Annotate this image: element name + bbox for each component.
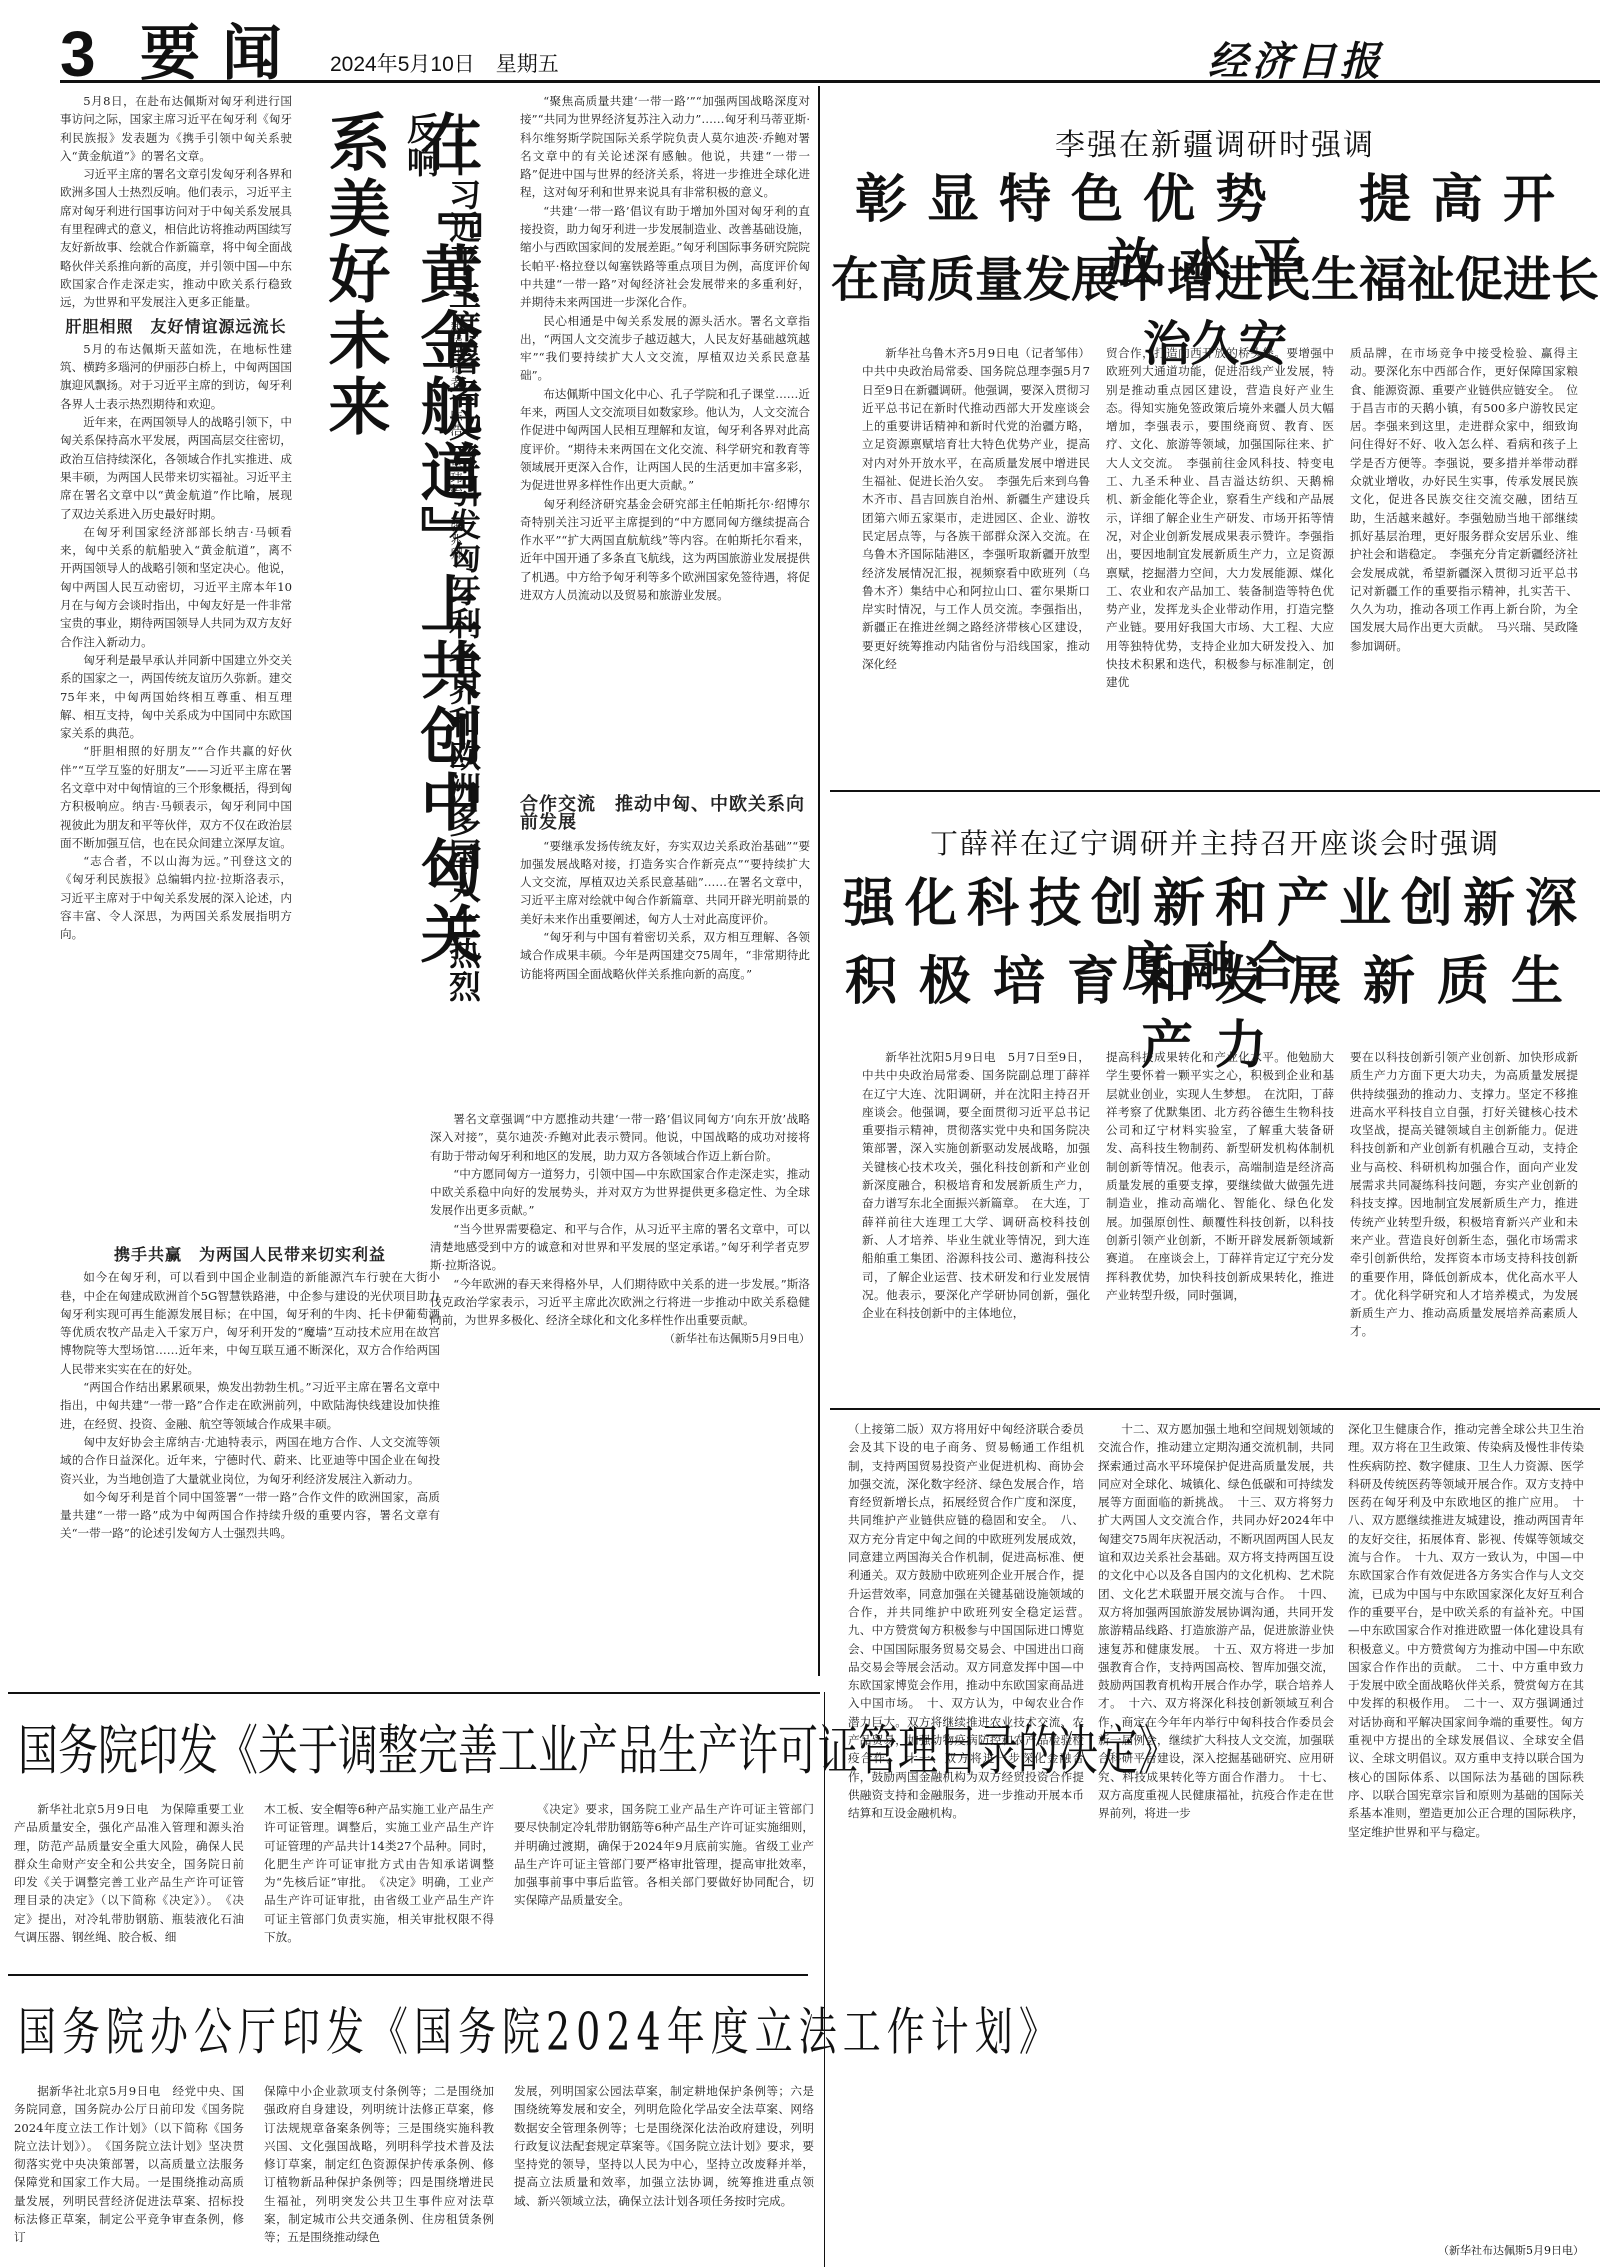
dateline-credit: （新华社布达佩斯5月9日电） [1348,2242,1584,2258]
page-number: 3 [60,22,96,86]
story-column: 新华社北京5月9日电 为保障重要工业产品质量安全，强化产品准入管理和源头治理，防… [14,1800,244,1960]
story-paragraph: 新华社乌鲁木齐5月9日电（记者邹伟）中共中央政治局常委、国务院总理李强5月7日至… [862,344,1090,673]
story-divider [830,790,1600,792]
story-paragraph: 深化卫生健康合作，推动完善全球公共卫生治理。双方将在卫生政策、传染病及慢性非传染… [1348,1420,1584,1841]
story-divider [8,1692,820,1694]
story-headline: 国务院印发《关于调整完善工业产品生产许可证管理目录的决定》 [18,1708,818,1785]
story-kicker: 丁薛祥在辽宁调研并主持召开座谈会时强调 [830,822,1600,862]
story-paragraph: 发展，列明国家公园法草案，制定耕地保护条例等；六是围绕统筹发展和安全，列明危险化… [514,2082,814,2210]
lead-body-paragraph: “共建‘一带一路’倡议有助于增加外国对匈牙利的直接投资，助力匈牙利进一步发展制造… [520,202,810,312]
story-paragraph: 《决定》要求，国务院工业产品生产许可证主管部门要尽快制定冷轧带肋钢筋等6种产品生… [514,1800,814,1910]
lead-body-paragraph: “志合者，不以山海为远。”刊登这文的《匈牙利民族报》总编辑内拉·拉斯洛表示，习近… [60,852,292,943]
dateline-credit: （新华社布达佩斯5月9日电） [430,1330,810,1348]
story-headline: 国务院办公厅印发《国务院2024年度立法工作计划》 [18,1990,818,2064]
lead-story-column-3b: 合作交流 推动中匈、中欧关系向前发展 “要继承发扬传统友好，夯实双边关系政治基础… [520,790,810,1110]
section-subheading: 肝胆相照 友好情谊源远流长 [60,318,292,336]
section-subheading: 携手共赢 为两国人民带来切实利益 [60,1246,440,1264]
lead-body-paragraph: 匈中友好协会主席纳吉·尤迪特表示，两国在地方合作、人文交流等领域的合作日益深化。… [60,1433,440,1488]
newspaper-logo: 经济日报 [1208,30,1384,87]
byline-label: 新华社记者 [449,320,463,390]
lead-body-paragraph: “聚焦高质量共建‘一带一路’”“加强两国战略深度对接”“共同为世界经济复苏注入动… [520,92,810,202]
byline-name: 张兆卿 [449,519,463,561]
lead-body-paragraph: 署名文章强调“中方愿推动共建‘一带一路’倡议同匈方‘向东开放’战略深入对接”，莫… [430,1110,810,1165]
lead-body-paragraph: 5月的布达佩斯天蓝如洗，在地标性建筑、横跨多瑙河的伊丽莎白桥上，中匈两国国旗迎风… [60,340,292,413]
lead-body-paragraph: “匈牙利与中国有着密切关系，双方相互理解、各领域合作成果丰硕。今年是两国建交75… [520,928,810,983]
lead-body-paragraph: 匈牙利经济研究基金会研究部主任帕斯托尔·绍博尔奇特别关注习近平主席提到的“中方愿… [520,495,810,605]
story-paragraph: 贸合作，打造向西开放的桥头堡。要增强中欧班列大通道功能，促进沿线产业发展，特别是… [1106,344,1334,692]
lead-body-paragraph: 如今匈牙利是首个同中国签署“一带一路”合作文件的欧洲国家，高质量共建“一带一路”… [60,1488,440,1543]
lead-byline: 新华社记者 陈浩 单玮怡 张兆卿 [448,320,465,720]
story-divider [830,1408,1600,1410]
lead-body-paragraph: 近年来，在两国领导人的战略引领下，中匈关系保持高水平发展，两国高层交往密切，政治… [60,413,292,523]
lead-story-lower-right: 署名文章强调“中方愿推动共建‘一带一路’倡议同匈方‘向东开放’战略深入对接”，莫… [430,1110,810,1650]
story-paragraph: 提高科技成果转化和产业化水平。他勉励大学生要怀着一颗平实之心，积极到企业和基层就… [1106,1048,1334,1304]
story-kicker: 李强在新疆调研时强调 [830,120,1600,164]
story-column: 质品牌，在市场竞争中接受检验、赢得主动。要深化东中西部合作，更好保障国家粮食、能… [1350,344,1578,774]
lead-body-paragraph: “当今世界需要稳定、和平与合作，从习近平主席的署名文章中，可以清楚地感受到中方的… [430,1220,810,1275]
column-divider [818,86,820,1676]
lead-body-paragraph: “两国合作结出累累硕果，焕发出勃勃生机。”习近平主席在署名文章中指出，中匈共建“… [60,1378,440,1433]
lead-subheadline: ——习近平主席署名文章引发匈牙利各界和欧洲多国人士热烈反响 [400,112,484,1012]
story-column: 新华社沈阳5月9日电 5月7日至9日，中共中央政治局常委、国务院副总理丁薛祥在辽… [862,1048,1090,1398]
story-column: （上接第二版）双方将用好中匈经济联合委员会及其下设的电子商务、贸易畅通工作组机制… [848,1420,1084,2260]
issue-date: 2024年5月10日 星期五 [330,48,559,78]
lead-body-paragraph: 布达佩斯中国文化中心、孔子学院和孔子课堂……近年来，两国人文交流项目如数家珍。他… [520,385,810,495]
story-column: 贸合作，打造向西开放的桥头堡。要增强中欧班列大通道功能，促进沿线产业发展，特别是… [1106,344,1334,774]
story-column: 木工板、安全帽等6种产品实施工业产品生产许可证管理。调整后，实施工业产品生产许可… [264,1800,494,1960]
byline-name: 单玮怡 [449,458,463,500]
story-divider [8,1974,808,1976]
lead-body-paragraph: 在匈牙利国家经济部部长纳吉·马顿看来，匈中关系的航船驶入“黄金航道”，离不开两国… [60,523,292,651]
story-paragraph: 木工板、安全帽等6种产品实施工业产品生产许可证管理。调整后，实施工业产品生产许可… [264,1800,494,1946]
story-column: 发展，列明国家公园法草案，制定耕地保护条例等；六是围绕统筹发展和安全，列明危险化… [514,2082,814,2267]
section-subheading: 合作交流 推动中匈、中欧关系向前发展 [520,796,810,833]
lead-body-paragraph: 民心相通是中匈关系发展的源头活水。署名文章指出，“两国人文交流步子越迈越大，人民… [520,312,810,385]
story-column: 提高科技成果转化和产业化水平。他勉励大学生要怀着一颗平实之心，积极到企业和基层就… [1106,1048,1334,1398]
lead-body-paragraph: “要继承发扬传统友好，夯实双边关系政治基础”“要加强发展战略对接，打造务实合作新… [520,837,810,928]
lead-intro-paragraph: 5月8日，在赴布达佩斯对匈牙利进行国事访问之际，国家主席习近平在匈牙利《匈牙利民… [60,92,292,165]
story-paragraph: 新华社沈阳5月9日电 5月7日至9日，中共中央政治局常委、国务院副总理丁薛祥在辽… [862,1048,1090,1322]
story-column: 保障中小企业款项支付条例等；二是围绕加强政府自身建设，列明统计法修正草案，修订法… [264,2082,494,2267]
story-column: 新华社乌鲁木齐5月9日电（记者邹伟）中共中央政治局常委、国务院总理李强5月7日至… [862,344,1090,774]
section-title: 要闻 [140,22,304,86]
story-paragraph: 新华社北京5月9日电 为保障重要工业产品质量安全，强化产品准入管理和源头治理，防… [14,1800,244,1946]
story-column: 《决定》要求，国务院工业产品生产许可证主管部门要尽快制定冷轧带肋钢筋等6种产品生… [514,1800,814,1960]
story-paragraph: 据新华社北京5月9日电 经党中央、国务院同意，国务院办公厅日前印发《国务院202… [14,2082,244,2247]
column-divider [824,1692,825,2267]
byline-name: 陈浩 [449,410,463,438]
lead-body-paragraph: “中方愿同匈方一道努力，引领中国—中东欧国家合作走深走实，推动中欧关系稳中向好的… [430,1165,810,1220]
story-paragraph: 保障中小企业款项支付条例等；二是围绕加强政府自身建设，列明统计法修正草案，修订法… [264,2082,494,2247]
story-column: 深化卫生健康合作，推动完善全球公共卫生治理。双方将在卫生政策、传染病及慢性非传染… [1348,1420,1584,2240]
story-column: 要在以科技创新引领产业创新、加快形成新质生产力方面下更大功夫，为高质量发展提供持… [1350,1048,1578,1398]
story-column: 据新华社北京5月9日电 经党中央、国务院同意，国务院办公厅日前印发《国务院202… [14,2082,244,2267]
lead-story-column-3: “聚焦高质量共建‘一带一路’”“加强两国战略深度对接”“共同为世界经济复苏注入动… [520,92,810,792]
lead-intro-paragraph: 习近平主席的署名文章引发匈牙利各界和欧洲多国人士热烈反响。他们表示，习近平主席对… [60,165,292,311]
story-column: 十二、双方愿加强土地和空间规划领域的交流合作，推动建立定期沟通交流机制，共同探索… [1098,1420,1334,2260]
story-paragraph: 质品牌，在市场竞争中接受检验、赢得主动。要深化东中西部合作，更好保障国家粮食、能… [1350,344,1578,655]
lead-story-lower-left: 携手共赢 为两国人民带来切实利益 如今在匈牙利，可以看到中国企业制造的新能源汽车… [60,1240,440,1660]
lead-body-paragraph: 如今在匈牙利，可以看到中国企业制造的新能源汽车行驶在大街小巷，中企在匈建成欧洲首… [60,1268,440,1378]
lead-body-paragraph: “今年欧洲的春天来得格外早，人们期待欧中关系的进一步发展。”斯洛伐克政治学家表示… [430,1275,810,1330]
story-paragraph: 要在以科技创新引领产业创新、加快形成新质生产力方面下更大功夫，为高质量发展提供持… [1350,1048,1578,1341]
masthead-rule [60,80,1600,83]
lead-body-paragraph: 匈牙利是最早承认并同新中国建立外交关系的国家之一，两国传统友谊历久弥新。建交75… [60,651,292,742]
lead-body-paragraph: “肝胆相照的好朋友”“合作共赢的好伙伴”“互学互鉴的好朋友”——习近平主席在署名… [60,742,292,852]
